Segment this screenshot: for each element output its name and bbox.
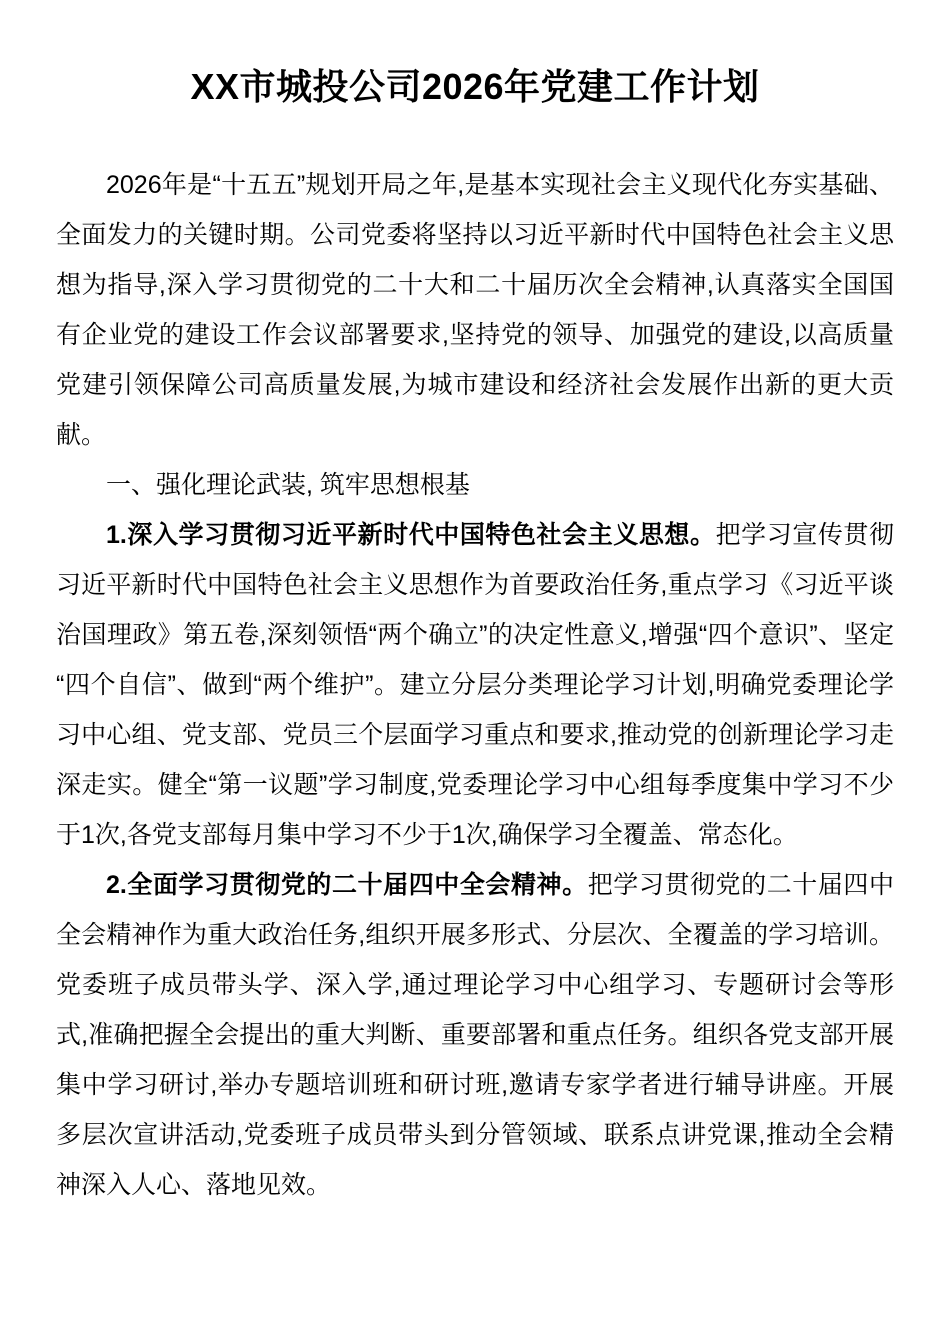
document-body: 2026年是“十五五”规划开局之年,是基本实现社会主义现代化夯实基础、全面发力的…: [56, 160, 894, 1210]
document-title: XX市城投公司2026年党建工作计划: [56, 64, 894, 109]
paragraph-item-1: 1.深入学习贯彻习近平新时代中国特色社会主义思想。把学习宣传贯彻习近平新时代中国…: [56, 510, 894, 860]
paragraph-item-2-text: 把学习贯彻党的二十届四中全会精神作为重大政治任务,组织开展多形式、分层次、全覆盖…: [56, 871, 894, 1199]
document-page: XX市城投公司2026年党建工作计划 2026年是“十五五”规划开局之年,是基本…: [0, 0, 950, 1344]
paragraph-item-2-lead: 2.全面学习贯彻党的二十届四中全会精神。: [106, 871, 588, 899]
paragraph-item-2: 2.全面学习贯彻党的二十届四中全会精神。把学习贯彻党的二十届四中全会精神作为重大…: [56, 860, 894, 1210]
paragraph-item-1-text: 把学习宣传贯彻习近平新时代中国特色社会主义思想作为首要政治任务,重点学习《习近平…: [56, 521, 894, 849]
paragraph-item-1-lead: 1.深入学习贯彻习近平新时代中国特色社会主义思想。: [106, 521, 716, 549]
paragraph-intro: 2026年是“十五五”规划开局之年,是基本实现社会主义现代化夯实基础、全面发力的…: [56, 160, 894, 460]
section-heading-1: 一、强化理论武装, 筑牢思想根基: [56, 460, 894, 510]
